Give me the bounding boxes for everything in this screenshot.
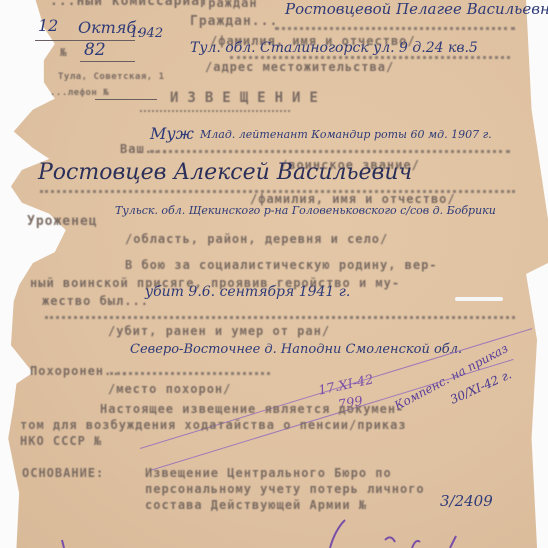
citizen-label: Граждан...: [190, 14, 278, 29]
battle-text-1: В бою за социалистическую родину, вер-: [125, 258, 438, 272]
basis-label: ОСНОВАНИЕ:: [22, 466, 104, 480]
pension-text-2: том для возбуждения ходатайства о пенсии…: [20, 418, 407, 432]
burial-label: Похоронен...: [30, 364, 129, 378]
paper-tear: [455, 297, 503, 301]
address-line: Тула, Советская, 1: [58, 72, 165, 82]
dotted-line: [45, 316, 515, 319]
birthplace: Тульск. обл. Щекинского р-на Головеньков…: [115, 204, 496, 217]
dotted-line: [150, 150, 510, 153]
number-underline: [80, 61, 135, 62]
phone-label: ...лефон №: [50, 88, 109, 98]
signature-strokes: [0, 500, 548, 548]
fate-label: /убит, ранен и умер от ран/: [108, 324, 330, 338]
date-year: 1942: [130, 26, 163, 41]
date-day: 12: [38, 16, 58, 35]
fate: убит 9.6. сентября 1941 г.: [145, 284, 350, 300]
rank: Млад. лейтенант Командир роты 60 мд. 190…: [200, 128, 492, 141]
addressee-address: Тул. обл. Сталиногорск ул. 9 д.24 кв.5: [190, 40, 478, 56]
native-label: Уроженец: [27, 214, 98, 229]
basis-text-1: Извещение Центрального Бюро по: [145, 466, 392, 480]
soldier-name: Ростовцев Алексей Васильевич: [38, 160, 412, 185]
burial-place: Северо-Восточнее д. Наподни Смоленской о…: [130, 342, 462, 357]
pension-text-3: НКО СССР №: [20, 434, 102, 448]
dotted-line: [275, 27, 515, 30]
org-line: ...ный комиссариат: [50, 0, 209, 9]
pension-text-1: Настоящее извещение является докумен-: [100, 402, 404, 416]
birthplace-label: /область, район, деревня и село/: [125, 232, 388, 246]
dotted-line: [110, 372, 270, 375]
title-underline: [140, 110, 290, 112]
relation: Муж: [150, 124, 194, 143]
document-title: ИЗВЕЩЕНИЕ: [170, 90, 327, 106]
number-label: №: [60, 46, 68, 59]
dotted-line: [230, 56, 510, 59]
phone-underline: [95, 99, 157, 100]
burial-place-label: /место похорон/: [108, 382, 231, 396]
citizen-label-top: Граждан: [200, 0, 258, 10]
your-label: Ваш...: [120, 142, 169, 156]
battle-text-3: жество был...: [42, 294, 149, 308]
address-label: /адрес местожительства/: [205, 60, 394, 74]
addressee-name: Ростовцевой Пелагее Васильевне: [285, 0, 548, 18]
basis-text-2: персональному учету потерь личного: [145, 482, 425, 496]
number-value: 82: [84, 40, 106, 60]
